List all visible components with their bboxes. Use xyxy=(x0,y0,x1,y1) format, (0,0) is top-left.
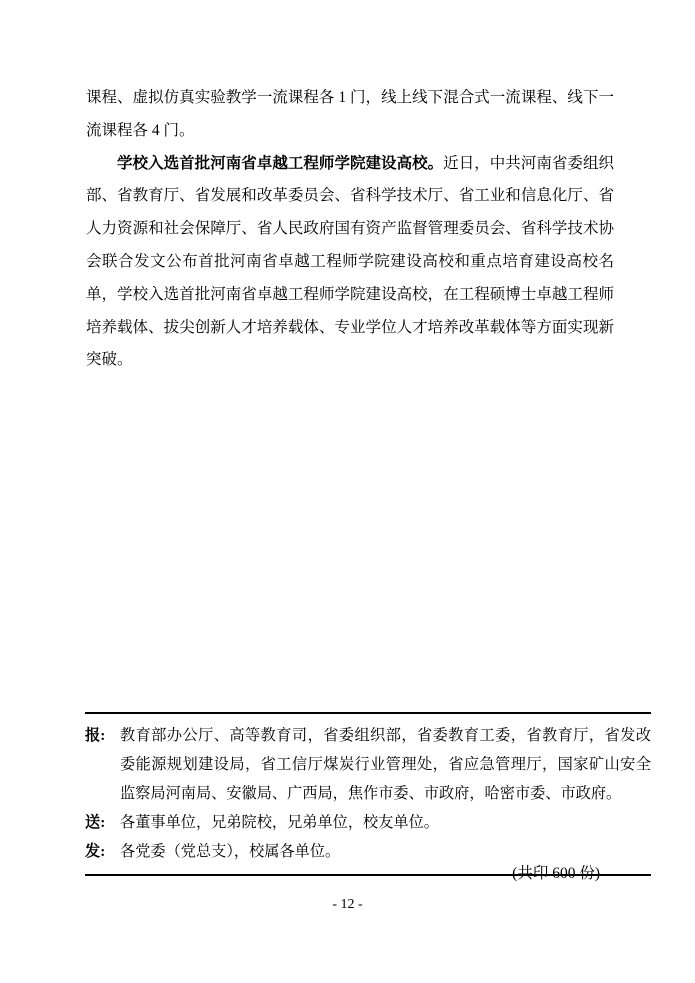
distribution-footer: 报: 教育部办公厅、高等教育司，省委组织部，省委教育工委，省教育厅，省发改委能源… xyxy=(85,712,651,876)
footer-row-issue: 发: 各党委（党总支），校属各单位。 xyxy=(85,837,651,866)
document-body: 课程、虚拟仿真实验教学一流课程各 1 门，线上线下混合式一流课程、线下一流课程各… xyxy=(86,82,614,377)
send-label: 送: xyxy=(85,808,120,837)
paragraph-lead-bold: 学校入选首批河南省卓越工程师学院建设高校。 xyxy=(117,155,443,172)
page-number: - 12 - xyxy=(0,895,695,915)
footer-row-send: 送: 各董事单位，兄弟院校，兄弟单位，校友单位。 xyxy=(85,808,651,837)
paragraph-body-text: 近日，中共河南省委组织部、省教育厅、省发展和改革委员会、省科学技术厅、省工业和信… xyxy=(86,155,614,369)
send-text: 各董事单位，兄弟院校，兄弟单位，校友单位。 xyxy=(120,808,651,837)
body-paragraph-courses: 课程、虚拟仿真实验教学一流课程各 1 门，线上线下混合式一流课程、线下一流课程各… xyxy=(86,82,614,148)
footer-row-report: 报: 教育部办公厅、高等教育司，省委组织部，省委教育工委，省教育厅，省发改委能源… xyxy=(85,721,651,808)
body-paragraph-selection: 学校入选首批河南省卓越工程师学院建设高校。近日，中共河南省委组织部、省教育厅、省… xyxy=(86,148,614,378)
issue-label: 发: xyxy=(85,837,120,866)
issue-text: 各党委（党总支），校属各单位。 xyxy=(120,837,651,866)
report-text: 教育部办公厅、高等教育司，省委组织部，省委教育工委，省教育厅，省发改委能源规划建… xyxy=(120,721,651,808)
print-count: (共印 600 份) xyxy=(512,863,600,885)
document-page: 课程、虚拟仿真实验教学一流课程各 1 门，线上线下混合式一流课程、线下一流课程各… xyxy=(0,0,695,983)
report-label: 报: xyxy=(85,721,120,808)
